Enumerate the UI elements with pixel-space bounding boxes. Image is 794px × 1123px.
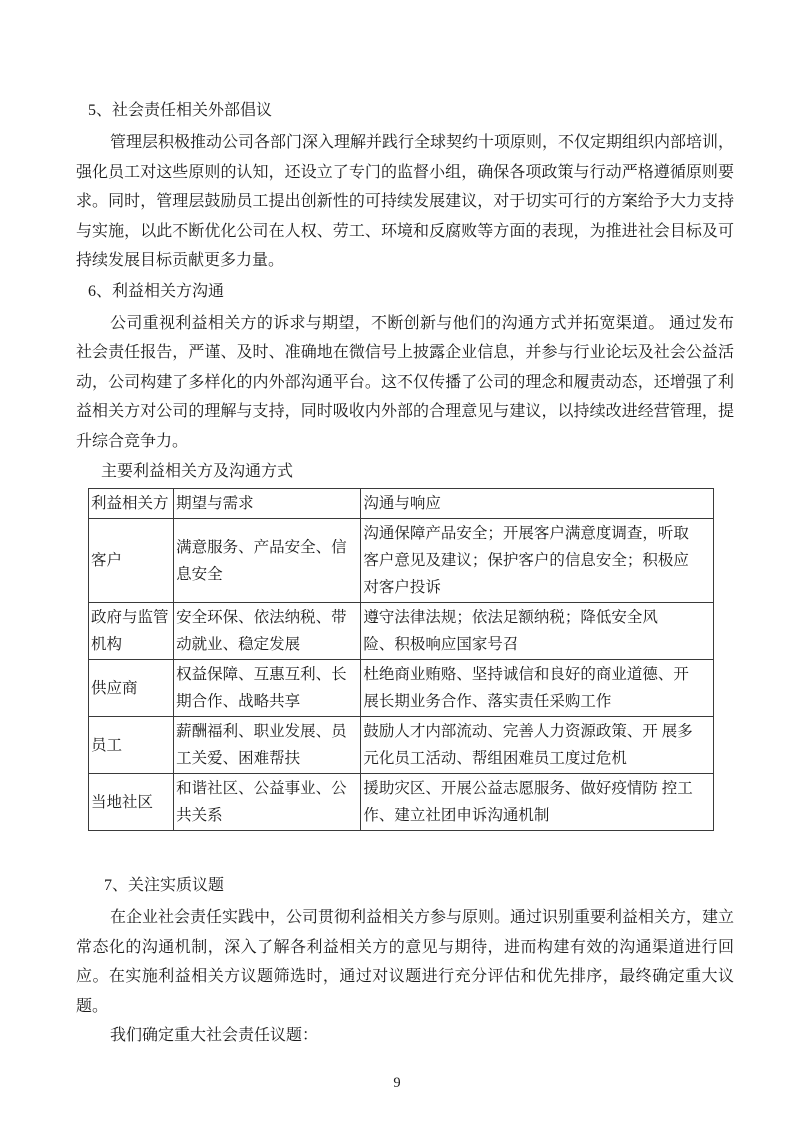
stakeholder-cell: 供应商 — [89, 660, 174, 717]
response-cell: 鼓励人才内部流动、完善人力资源政策、开 展多 元化员工活动、帮组困难员工度过危机 — [361, 717, 714, 774]
table-header-row: 利益相关方 期望与需求 沟通与响应 — [89, 489, 714, 519]
stakeholder-cell: 员工 — [89, 717, 174, 774]
expectations-cell: 安全环保、依法纳税、带 动就业、稳定发展 — [174, 603, 361, 660]
expectations-cell: 薪酬福利、职业发展、员 工关爱、困难帮扶 — [174, 717, 361, 774]
header-stakeholder: 利益相关方 — [89, 489, 174, 519]
page-number: 9 — [0, 1074, 794, 1092]
expectations-cell: 和谐社区、公益事业、公 共关系 — [174, 774, 361, 831]
expectations-cell: 满意服务、产品安全、信 息安全 — [174, 519, 361, 603]
section-5-heading: 5、社会责任相关外部倡议 — [76, 100, 734, 122]
section-6-paragraph: 公司重视利益相关方的诉求与期望，不断创新与他们的沟通方式并拓宽渠道。 通过发布社… — [76, 309, 734, 457]
response-cell: 援助灾区、开展公益志愿服务、做好疫情防 控工 作、建立社团申诉沟通机制 — [361, 774, 714, 831]
section-7-heading: 7、关注实质议题 — [76, 875, 734, 897]
table-row: 政府与监管 机构 安全环保、依法纳税、带 动就业、稳定发展 遵守法律法规；依法足… — [89, 603, 714, 660]
header-expectations: 期望与需求 — [174, 489, 361, 519]
table-row: 当地社区 和谐社区、公益事业、公 共关系 援助灾区、开展公益志愿服务、做好疫情防… — [89, 774, 714, 831]
response-cell: 遵守法律法规；依法足额纳税；降低安全风 险、积极响应国家号召 — [361, 603, 714, 660]
stakeholder-table: 利益相关方 期望与需求 沟通与响应 客户 满意服务、产品安全、信 息安全 沟通保… — [88, 488, 714, 831]
table-title: 主要利益相关方及沟通方式 — [76, 461, 734, 482]
section-6-heading: 6、利益相关方沟通 — [76, 281, 734, 303]
response-cell: 沟通保障产品安全；开展客户满意度调查，听取 客户意见及建议；保护客户的信息安全；… — [361, 519, 714, 603]
document-page: 5、社会责任相关外部倡议 管理层积极推动公司各部门深入理解并践行全球契约十项原则… — [0, 0, 794, 1123]
section-7-closing-line: 我们确定重大社会责任议题： — [76, 1021, 734, 1051]
stakeholder-cell: 客户 — [89, 519, 174, 603]
section-7-paragraph: 在企业社会责任实践中，公司贯彻利益相关方参与原则。通过识别重要利益相关方，建立常… — [76, 903, 734, 1021]
response-cell: 杜绝商业贿赂、坚持诚信和良好的商业道德、开 展长期业务合作、落实责任采购工作 — [361, 660, 714, 717]
stakeholder-cell: 政府与监管 机构 — [89, 603, 174, 660]
header-response: 沟通与响应 — [361, 489, 714, 519]
table-row: 供应商 权益保障、互惠互利、长 期合作、战略共享 杜绝商业贿赂、坚持诚信和良好的… — [89, 660, 714, 717]
section-5-paragraph: 管理层积极推动公司各部门深入理解并践行全球契约十项原则，不仅定期组织内部培训，强… — [76, 128, 734, 276]
expectations-cell: 权益保障、互惠互利、长 期合作、战略共享 — [174, 660, 361, 717]
stakeholder-cell: 当地社区 — [89, 774, 174, 831]
table-row: 员工 薪酬福利、职业发展、员 工关爱、困难帮扶 鼓励人才内部流动、完善人力资源政… — [89, 717, 714, 774]
table-row: 客户 满意服务、产品安全、信 息安全 沟通保障产品安全；开展客户满意度调查，听取… — [89, 519, 714, 603]
